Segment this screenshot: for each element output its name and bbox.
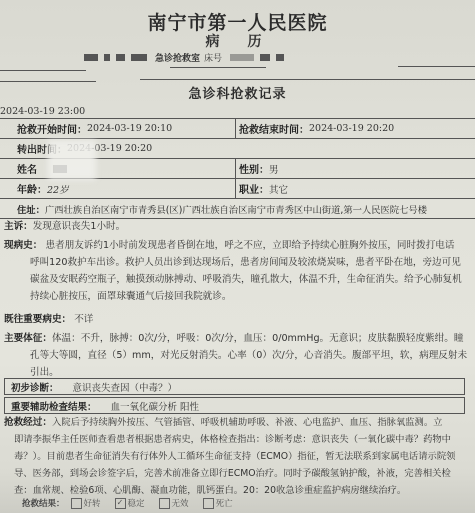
gender-label: 性别： [239, 161, 269, 176]
divider [140, 79, 475, 80]
checkbox-stable[interactable]: ✓ [115, 498, 126, 509]
initial-diagnosis: 初步诊断： 意识丧失查因（中毒？） [4, 378, 465, 395]
present-illness: 现病史： 患者朋友诉约1小时前发现患者昏倒在地，呼之不应，立即给予持续心脏胸外按… [4, 237, 472, 305]
department-label: 急诊抢救室 [155, 51, 200, 64]
divider [398, 66, 475, 67]
form-title: 急诊科抢救记录 [0, 83, 475, 102]
checkbox-death[interactable] [203, 498, 214, 509]
rescue-end-label: 抢救结束时间： [239, 121, 309, 136]
address-value: 广西壮族自治区南宁市青秀县(区)广西壮族自治区南宁市青秀区中山街道,第一人民医院… [45, 202, 427, 216]
checkbox-improved[interactable] [71, 498, 82, 509]
rescue-start-label: 抢救开始时间： [17, 121, 87, 136]
redacted-block [84, 54, 98, 61]
occupation-label: 职业： [239, 181, 269, 196]
age-label: 年龄： [17, 181, 47, 196]
key-tests: 重要辅助检查结果： 血一氧化碳分析 阳性 [4, 397, 465, 414]
divider [170, 67, 266, 68]
divider [0, 70, 86, 71]
name-label: 姓名 [17, 161, 37, 176]
redacted-block [131, 54, 147, 61]
redacted-block [116, 54, 125, 61]
age-value: 22岁 [47, 182, 69, 196]
address-label: 住址： [17, 202, 45, 216]
rescue-process: 抢救经过：入院后予持续胸外按压、气管插管、呼吸机辅助呼吸、补液、心电监护、血压、… [4, 414, 472, 499]
record-timestamp: 2024-03-19 23:00 [0, 106, 85, 117]
bed-label: 床号 [204, 51, 222, 64]
occupation-value: 其它 [269, 182, 288, 196]
rescue-time-row: 抢救开始时间： 2024-03-19 20:10 抢救结束时间： 2024-03… [0, 118, 475, 138]
rescue-result: 抢救结果： 好转 ✓ 稳定 无效 死亡 [22, 497, 241, 509]
past-history: 既往重要病史： 不详 [4, 311, 472, 328]
divider [0, 81, 96, 82]
redacted-block [276, 54, 284, 61]
rescue-start-value: 2024-03-19 20:10 [87, 123, 172, 134]
record-type: 病历 [0, 31, 475, 51]
redacted-block [104, 54, 110, 61]
redaction-blur [48, 140, 96, 180]
checkbox-ineffective[interactable] [159, 498, 170, 509]
address-row: 住址： 广西壮族自治区南宁市青秀县(区)广西壮族自治区南宁市青秀区中山街道,第一… [0, 198, 475, 219]
gender-value: 男 [269, 162, 279, 176]
rescue-end-value: 2024-03-19 20:20 [309, 123, 394, 134]
medical-record-page: 南宁市第一人民医院 病历 急诊抢救室 床号 急诊科抢救记录 2024-03-19… [0, 0, 475, 513]
redacted-block [230, 54, 254, 61]
department-row: 急诊抢救室 床号 [84, 49, 404, 65]
age-occupation-row: 年龄： 22岁 职业： 其它 [0, 178, 475, 198]
chief-complaint: 主诉：发现意识丧失1小时。 [4, 218, 472, 235]
physical-exam: 主要体征：体温：不升，脉搏：0次/分，呼吸：0次/分，血压：0/0mmHg。无意… [4, 330, 472, 381]
redacted-block [260, 54, 270, 61]
